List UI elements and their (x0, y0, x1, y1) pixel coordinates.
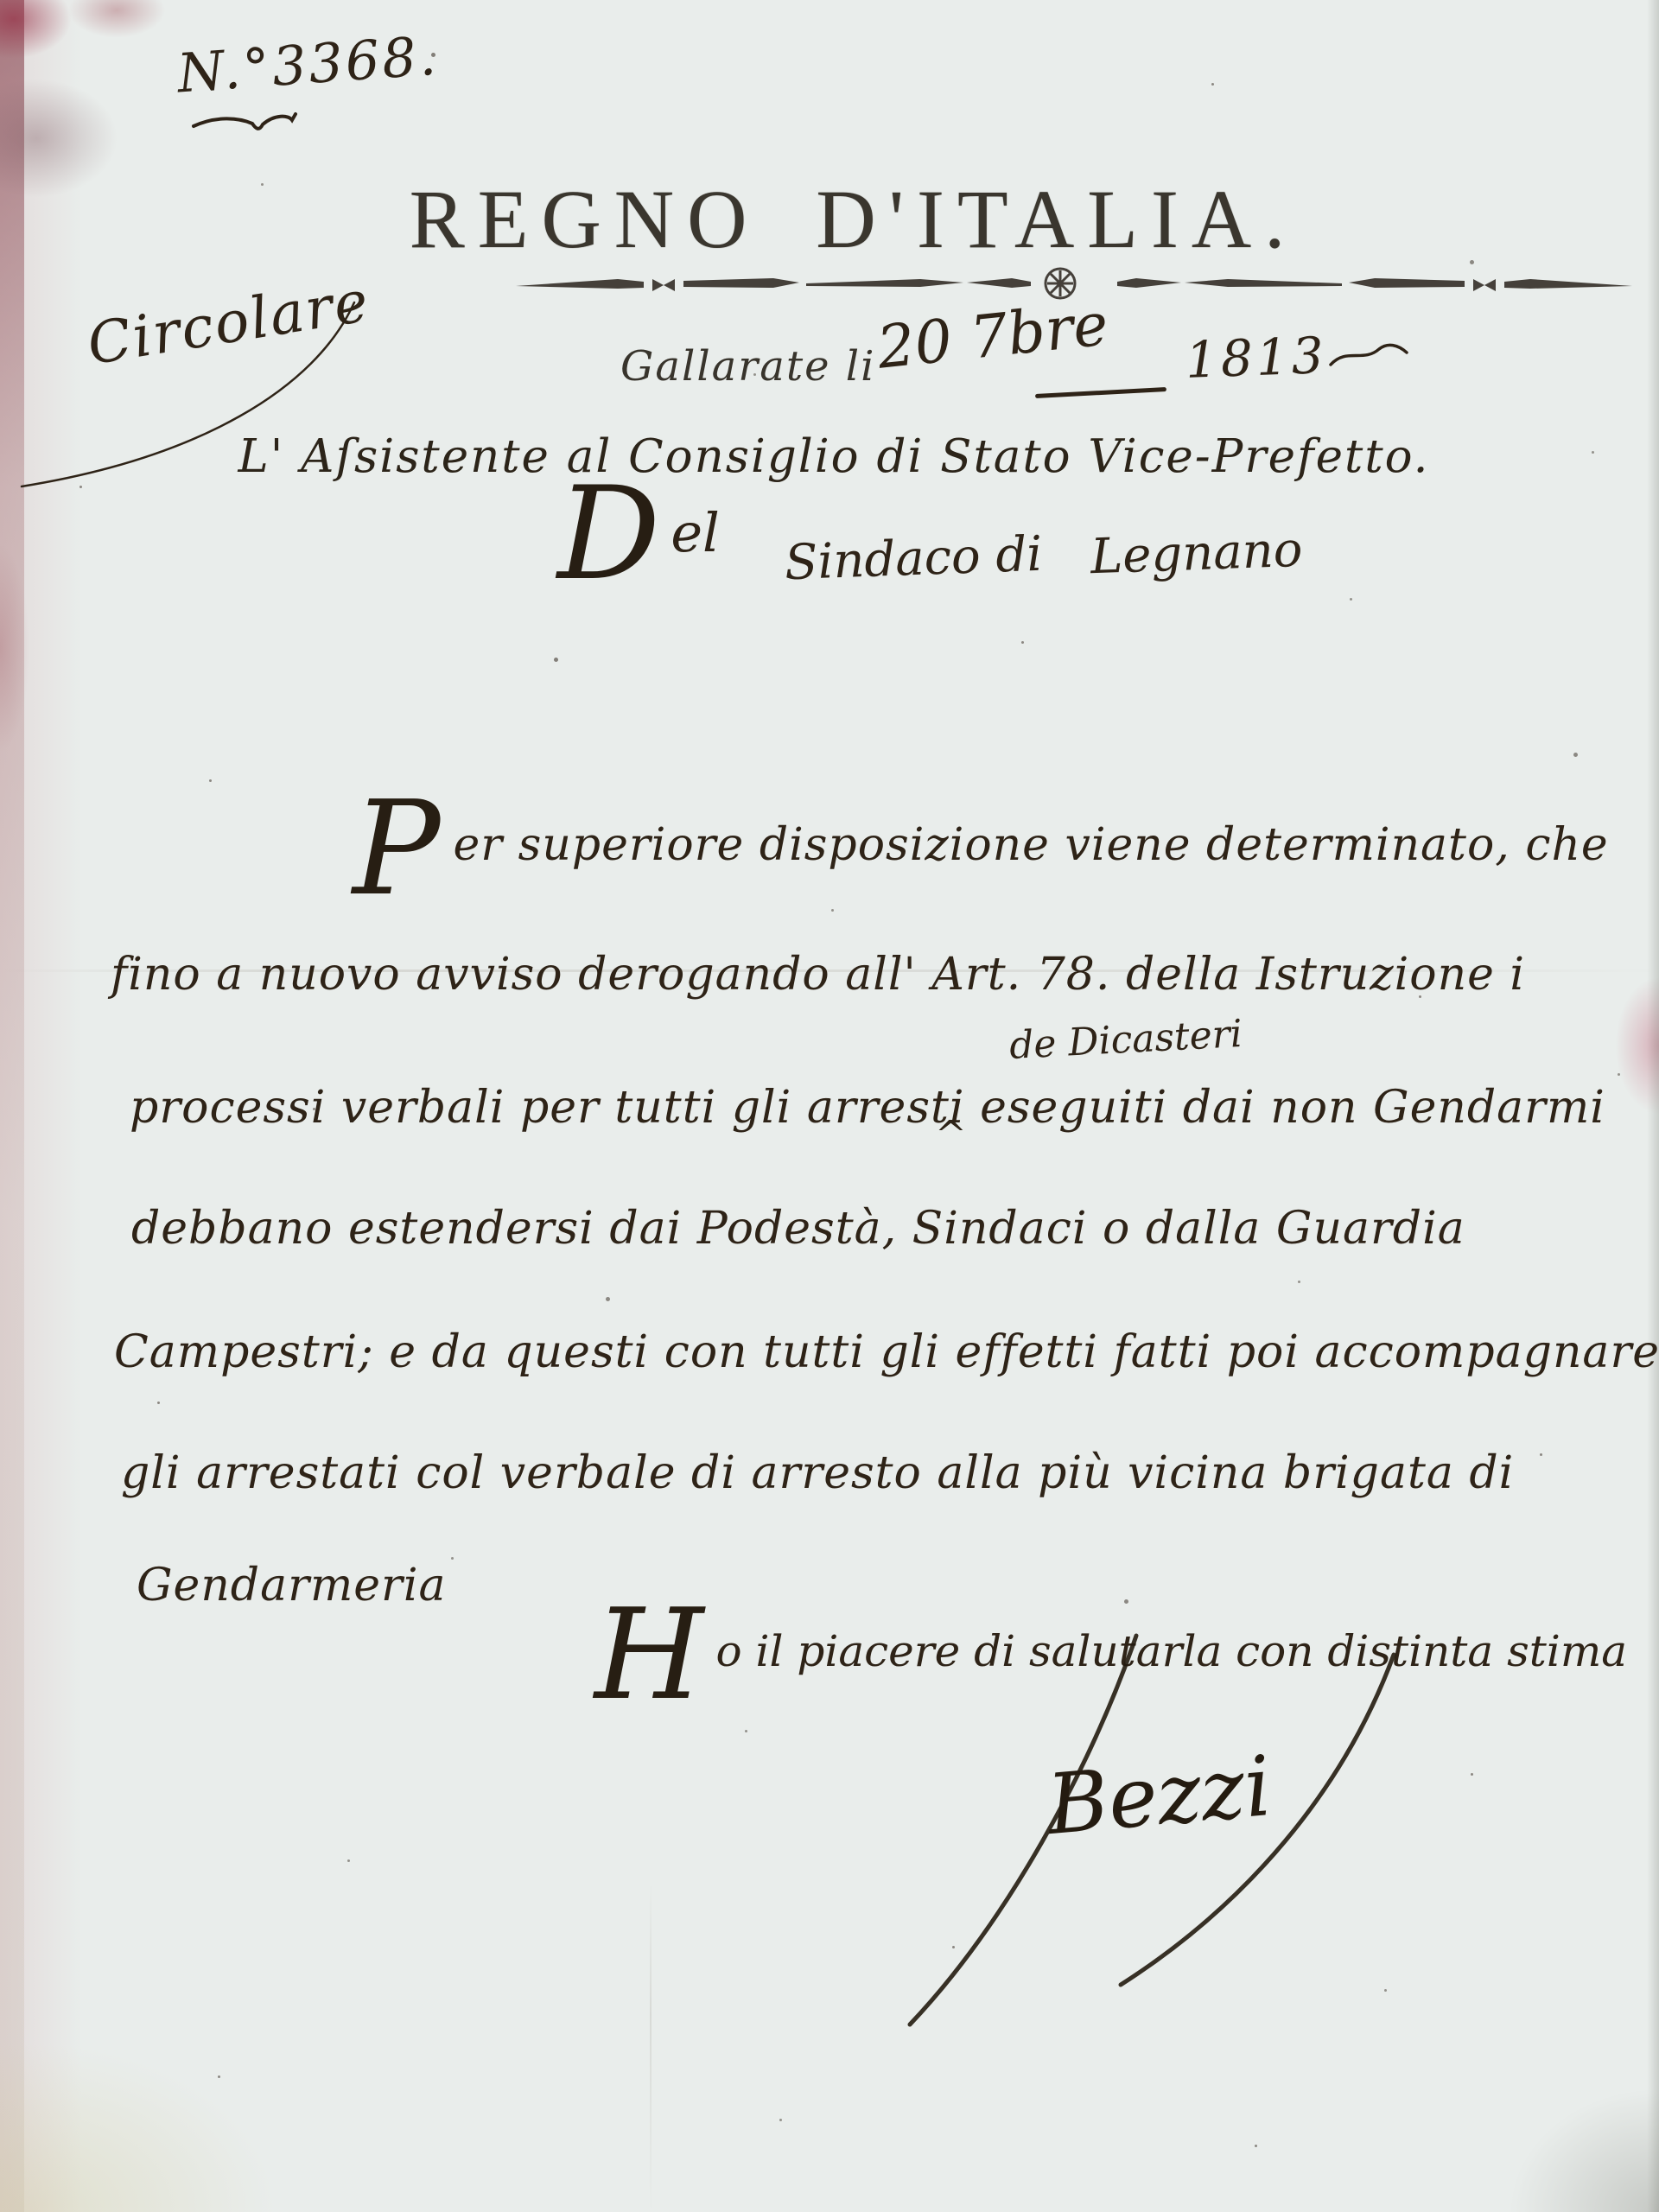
dateline-place-printed: Gallarate li (620, 342, 876, 391)
body-line-1: Per superiore disposizione viene determi… (353, 819, 1609, 894)
signature-name: Bezzi (1044, 1738, 1275, 1853)
ink-speckles (0, 0, 3, 3)
letterhead-title: REGNO D'ITALIA. (410, 171, 1298, 267)
sender-line-printed: L' Aſsistente al Consiglio di Stato Vice… (238, 430, 1430, 483)
body-line-4: debbano estendersi dai Podestà, Sindaci … (131, 1203, 1465, 1255)
body-line-5: Campestri; e da questi con tutti gli eff… (114, 1326, 1659, 1378)
dateline-day-month: 20 7bre (874, 290, 1111, 383)
vertical-fold-crease (650, 1884, 652, 2212)
reference-underline-flourish (192, 109, 296, 143)
recipient-article: Del (557, 501, 720, 581)
body-line-3: processi verbali per tutti gli arresti e… (130, 1082, 1605, 1134)
scanned-letter-page: N.°3368. REGNO D'ITALIA. (0, 0, 1659, 2212)
interline-insertion: de Dicasteri (1008, 1012, 1243, 1068)
recipient-role: Sindaco di (784, 526, 1043, 591)
recipient-place: Legnano (1090, 522, 1304, 586)
right-edge-shade (1647, 0, 1659, 2212)
dateline-dash-stroke (1035, 387, 1166, 398)
dateline-year: 1813 (1185, 326, 1328, 390)
body-line-6: gli arrestati col verbale di arresto all… (121, 1447, 1514, 1499)
bottom-right-shadow (1434, 2022, 1659, 2212)
left-mid-stain (0, 484, 52, 812)
body-line-2: fino a nuovo avviso derogando all' Art. … (111, 949, 1525, 1001)
bottom-left-yellow-stain (0, 1935, 363, 2212)
top-left-red-stain (0, 0, 190, 225)
dateline-trailing-flourish (1329, 337, 1411, 376)
body-line-7: Gendarmeria (137, 1560, 447, 1611)
reference-number: N.°3368. (175, 24, 441, 105)
